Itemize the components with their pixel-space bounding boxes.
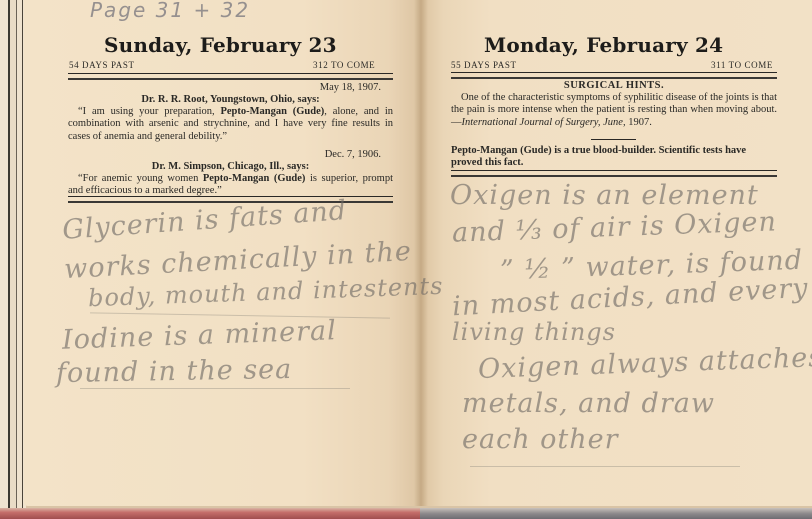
right-header-rule (451, 72, 777, 79)
testimonial-1-author: Dr. R. R. Root, Youngstown, Ohio, says: (68, 94, 393, 106)
product-name: Pepto-Mangan (Gude) (203, 173, 306, 184)
diary-spread: Page 31 + 32 Sunday, February 23 54 DAYS… (0, 0, 812, 519)
right-footer-rule (451, 170, 777, 177)
pencil-underline (80, 388, 350, 389)
hint-source: International Journal of Surgery, June, (462, 117, 626, 128)
left-days-past: 54 DAYS PAST (69, 60, 135, 70)
page-number-note: Page 31 + 32 (90, 0, 250, 22)
ad-line: Pepto-Mangan (Gude) is a true blood-buil… (451, 145, 777, 170)
cover-edge-left (0, 508, 420, 519)
surgical-hint-text: One of the characteristic symptoms of sy… (451, 92, 777, 129)
quote-text: “I am using your preparation, (78, 106, 220, 117)
right-days-to-come: 311 TO COME (711, 60, 773, 70)
handwritten-line: metals, and draw (462, 388, 715, 419)
testimonial-1-quote: “I am using your preparation, Pepto-Mang… (68, 106, 393, 143)
pencil-underline (470, 466, 740, 467)
handwritten-line: living things (452, 318, 616, 346)
testimonial-2-quote: “For anemic young women Pepto-Mangan (Gu… (68, 173, 393, 198)
handwritten-line: each other (462, 424, 619, 455)
cover-edge-right (420, 508, 812, 519)
right-page-title: Monday, February 24 (484, 33, 723, 57)
hint-year: 1907. (626, 117, 652, 128)
handwritten-line: Oxigen is an element (450, 180, 759, 211)
testimonial-2-date: Dec. 7, 1906. (68, 149, 381, 161)
testimonial-2-author: Dr. M. Simpson, Chicago, Ill., says: (68, 161, 393, 173)
quote-text: “For anemic young women (78, 173, 203, 184)
handwritten-line: found in the sea (56, 354, 293, 389)
page-edges (0, 0, 26, 510)
testimonial-1-date: May 18, 1907. (68, 82, 381, 94)
book-gutter (414, 0, 428, 506)
left-days-to-come: 312 TO COME (313, 60, 375, 70)
section-divider (591, 139, 636, 140)
right-days-past: 55 DAYS PAST (451, 60, 517, 70)
left-header-rule (68, 73, 393, 80)
surgical-hints-heading: SURGICAL HINTS. (451, 80, 777, 92)
product-name: Pepto-Mangan (Gude) (220, 106, 324, 117)
ad-text: Pepto-Mangan (Gude) is a true blood-buil… (451, 145, 777, 170)
left-page-title: Sunday, February 23 (104, 33, 337, 57)
